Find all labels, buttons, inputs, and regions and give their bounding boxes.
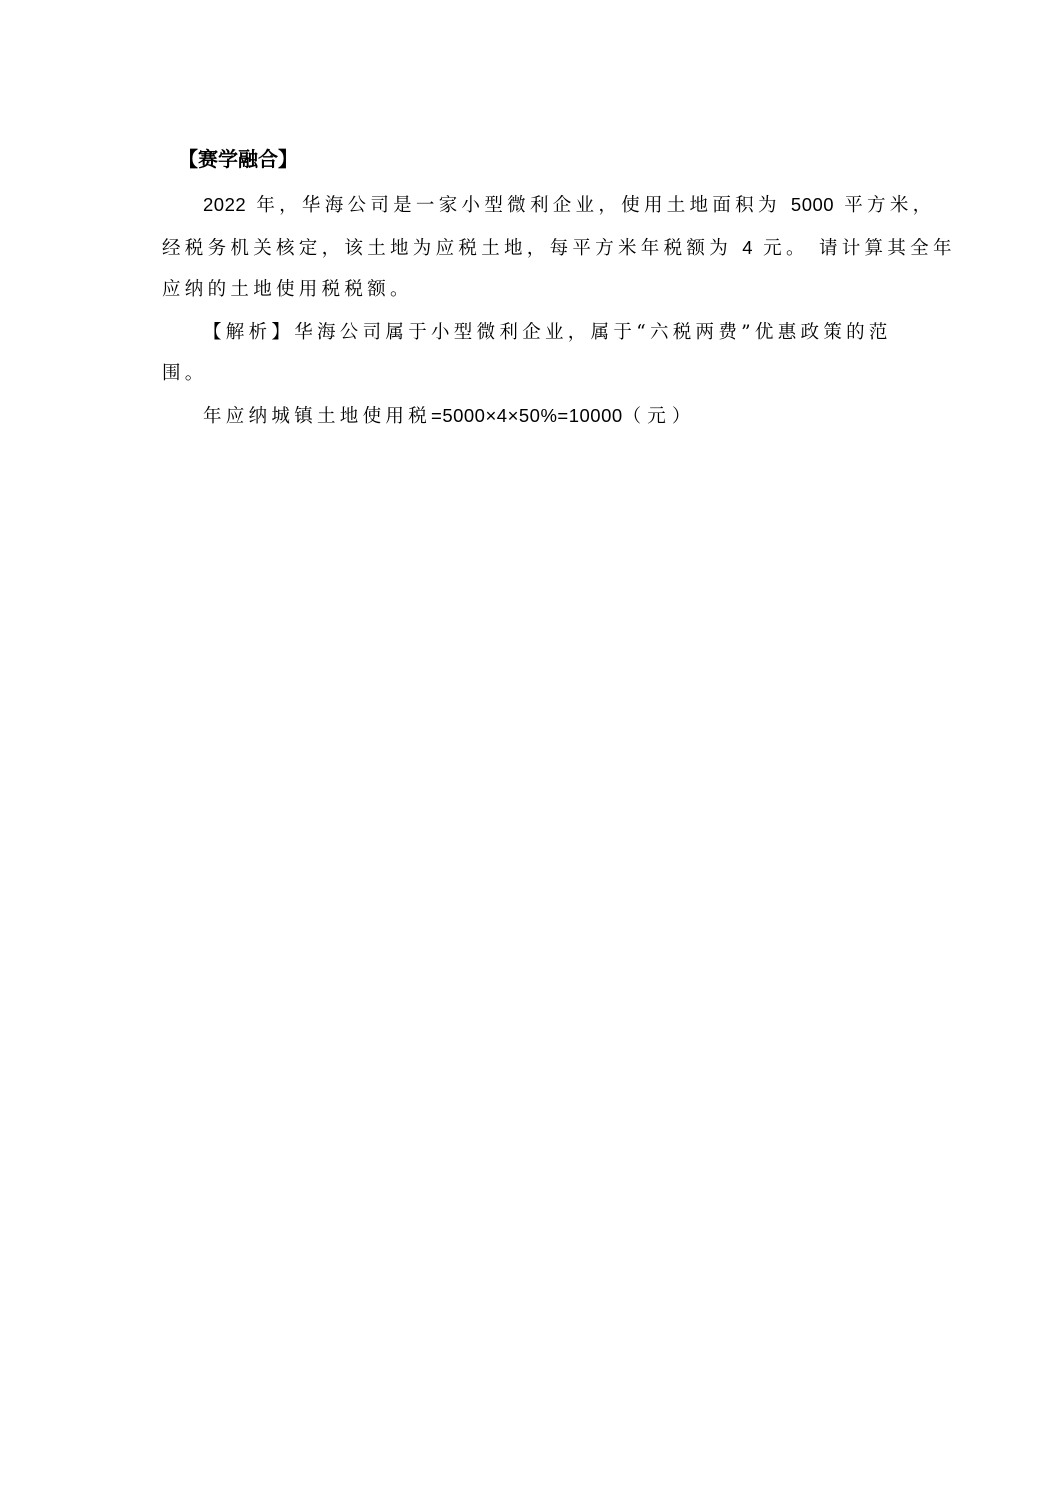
analysis-line-2: 围。 (162, 361, 208, 387)
question-line-1: 2022 年，华海公司是一家小型微利企业，使用土地面积为 5000 平方米， (203, 192, 935, 219)
question-text-2b: 元。 请计算其全年 (753, 238, 956, 259)
question-text-2a: 经税务机关核定，该土地为应税土地，每平方米年税额为 (162, 238, 742, 259)
question-line-3: 应纳的土地使用税税额。 (162, 277, 413, 303)
question-text-1a: 年，华海公司是一家小型微利企业，使用土地面积为 (246, 195, 791, 216)
document-page: 【赛学融合】 2022 年，华海公司是一家小型微利企业，使用土地面积为 5000… (0, 0, 1059, 1497)
question-text-1b: 平方米， (834, 195, 935, 216)
area-value: 5000 (791, 194, 834, 215)
section-heading: 【赛学融合】 (178, 145, 298, 173)
analysis-line-1: 【解析】华海公司属于小型微利企业，属于“六税两费”优惠政策的范 (203, 320, 892, 346)
tax-rate-value: 4 (742, 237, 753, 258)
calculation-label: 年应纳城镇土地使用税 (203, 406, 431, 427)
year-value: 2022 (203, 194, 246, 215)
question-line-2: 经税务机关核定，该土地为应税土地，每平方米年税额为 4 元。 请计算其全年 (162, 235, 956, 262)
calculation-formula: =5000×4×50%=10000（ 元 ） (431, 405, 691, 426)
calculation-line: 年应纳城镇土地使用税=5000×4×50%=10000（ 元 ） (203, 403, 691, 430)
